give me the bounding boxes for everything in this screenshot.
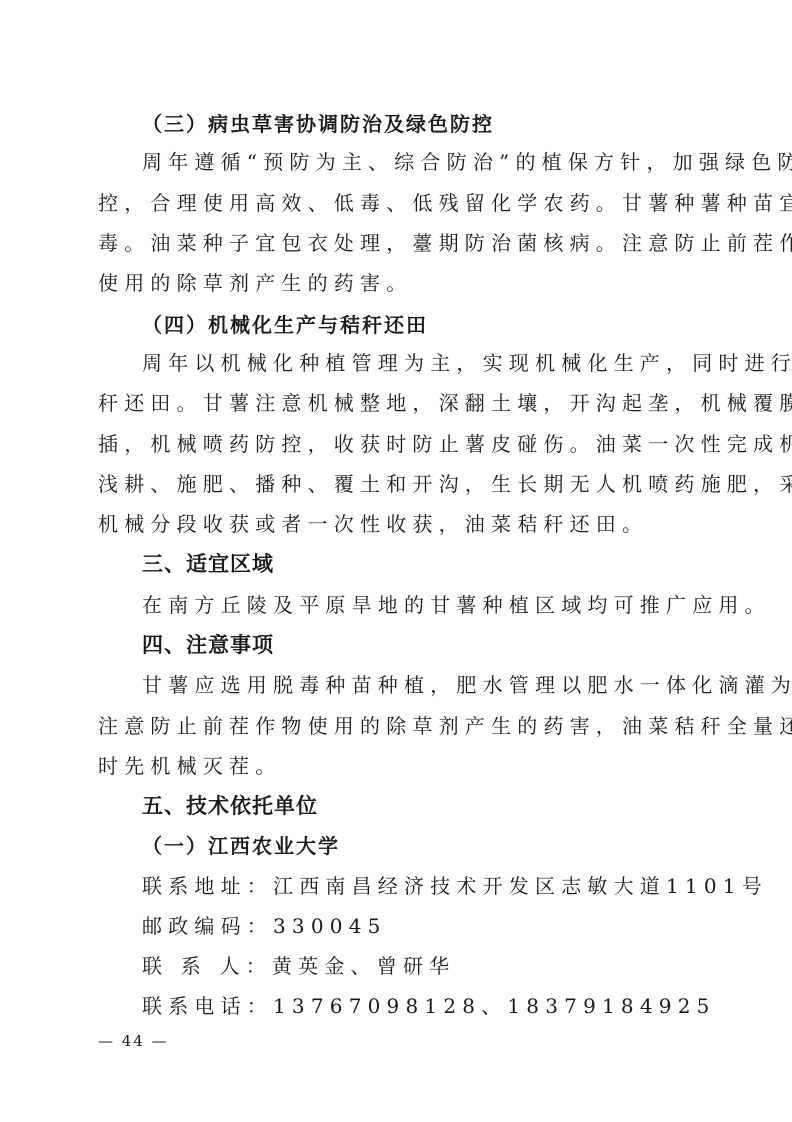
paragraph-line: 使用的除草剂产生的药害。 [98,270,412,296]
subheading-pest-control: （三）病虫草害协调防治及绿色防控 [142,111,494,137]
paragraph-line: 时先机械灭茬。 [98,753,281,779]
contact-person-value: 黄英金、曾研华 [272,954,455,978]
paragraph-line: 甘薯应选用脱毒种苗种植，肥水管理以肥水一体化滴灌为宜； [142,672,792,698]
paragraph-line: 周年以机械化种植管理为主，实现机械化生产，同时进行秸 [142,350,792,376]
paragraph-line: 插，机械喷药防控，收获时防止薯皮碰伤。油菜一次性完成机械 [98,431,792,457]
heading-technical-support-unit: 五、技术依托单位 [142,793,318,819]
contact-address-label: 联系地址： [142,874,273,898]
contact-person-label: 联 系 人： [142,954,272,978]
contact-postcode-label: 邮政编码： [142,914,273,938]
paragraph-line: 注意防止前茬作物使用的除草剂产生的药害，油菜秸秆全量还田 [98,713,792,739]
paragraph-line: 秆还田。甘薯注意机械整地，深翻土壤，开沟起垄，机械覆膜扦 [98,390,792,416]
paragraph-line: 机械分段收获或者一次性收获，油菜秸秆还田。 [98,511,648,537]
paragraph-line: 毒。油菜种子宜包衣处理，薹期防治菌核病。注意防止前茬作物 [98,230,792,256]
contact-address-value: 江西南昌经济技术开发区志敏大道1101号 [273,874,768,898]
contact-postcode: 邮政编码：330045 [142,913,387,939]
contact-phone: 联系电话：13767098128、18379184925 [142,993,716,1019]
paragraph-line: 浅耕、施肥、播种、覆土和开沟，生长期无人机喷药施肥，采取 [98,471,792,497]
heading-suitable-region: 三、适宜区域 [142,551,274,577]
paragraph-line: 控，合理使用高效、低毒、低残留化学农药。甘薯种薯种苗宜脱 [98,190,792,216]
heading-precautions: 四、注意事项 [142,632,274,658]
subheading-mechanization: （四）机械化生产与秸秆还田 [142,312,428,338]
contact-address: 联系地址：江西南昌经济技术开发区志敏大道1101号 [142,873,768,899]
contact-postcode-value: 330045 [273,914,387,938]
contact-phone-label: 联系电话： [142,994,273,1018]
paragraph-line: 在南方丘陵及平原旱地的甘薯种植区域均可推广应用。 [142,592,771,618]
subheading-jiangxi-agricultural-university: （一）江西农业大学 [142,833,340,859]
paragraph-line: 周年遵循“预防为主、综合防治”的植保方针，加强绿色防 [142,149,792,175]
page-number: — 44 — [98,1032,169,1050]
contact-phone-value: 13767098128、18379184925 [273,994,716,1018]
contact-person: 联 系 人：黄英金、曾研华 [142,953,455,979]
